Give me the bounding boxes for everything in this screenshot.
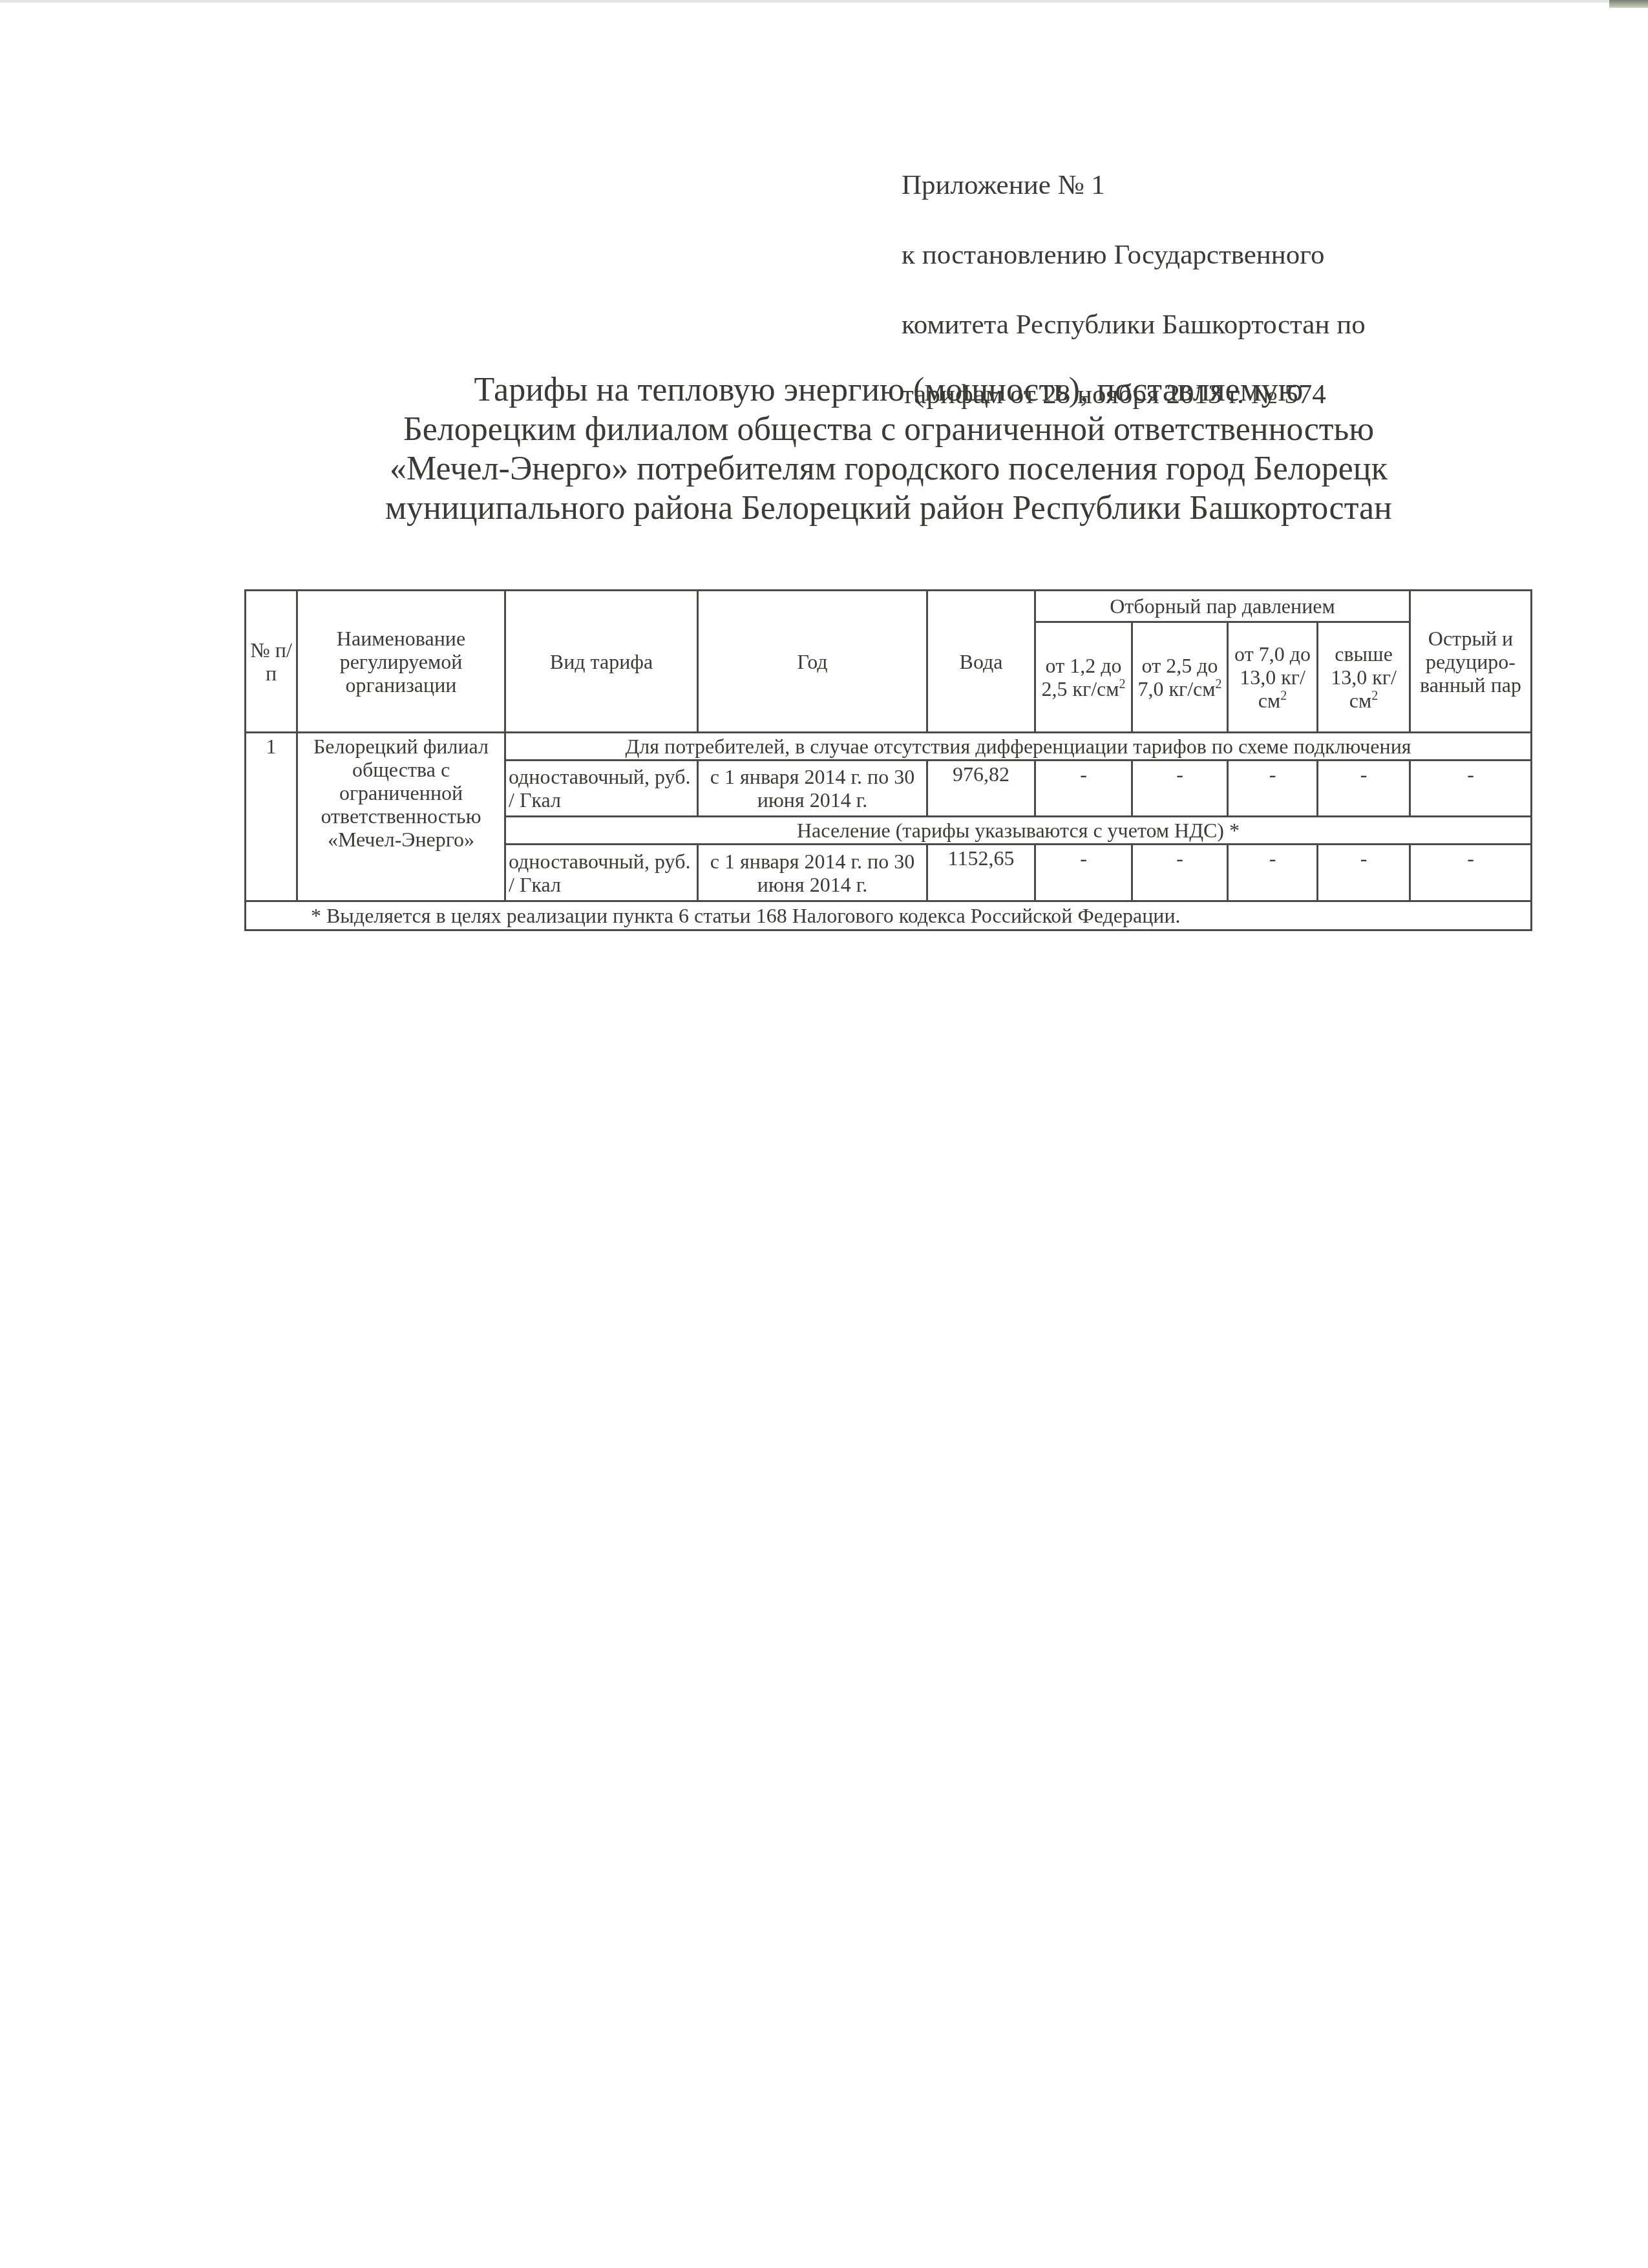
- water-value: 1152,65: [927, 845, 1035, 901]
- scan-edge-corner: [1609, 0, 1648, 8]
- appendix-line: Приложение № 1: [902, 168, 1366, 203]
- header-water: Вода: [927, 591, 1035, 733]
- title-line: муниципального района Белорецкий район Р…: [246, 492, 1532, 531]
- sharp-steam-value: -: [1410, 845, 1532, 901]
- header-steam-1: от 1,2 до 2,5 кг/см2: [1035, 622, 1132, 733]
- tariff-type: одноставочный, руб. / Гкал: [505, 845, 698, 901]
- steam-1-value: -: [1035, 845, 1132, 901]
- title-line: «Мечел-Энерго» потребителям городского п…: [246, 452, 1532, 492]
- water-value: 976,82: [927, 761, 1035, 817]
- header-tariff-type: Вид тарифа: [505, 591, 698, 733]
- period: с 1 января 2014 г. по 30 июня 2014 г.: [698, 761, 927, 817]
- appendix-line: комитета Республики Башкортостан по: [902, 308, 1366, 342]
- header-steam-group: Отборный пар давлением: [1035, 591, 1410, 622]
- row-org: Белорецкий филиал общества с ограниченно…: [297, 733, 505, 901]
- appendix-line: к постановлению Государственного: [902, 238, 1366, 273]
- steam-4-value: -: [1318, 761, 1410, 817]
- document-title: Тарифы на тепловую энергию (мощность), п…: [246, 373, 1532, 531]
- footnote: * Выделяется в целях реализации пункта 6…: [246, 901, 1532, 930]
- header-year: Год: [698, 591, 927, 733]
- header-steam-3: от 7,0 до 13,0 кг/см2: [1228, 622, 1318, 733]
- header-steam-4: свыше 13,0 кг/см2: [1318, 622, 1410, 733]
- header-sharp-steam: Острый и редуциро-ванный пар: [1410, 591, 1532, 733]
- table-row: 1 Белорецкий филиал общества с ограничен…: [246, 733, 1532, 761]
- steam-2-value: -: [1132, 761, 1228, 817]
- section-heading: Для потребителей, в случае отсутствия ди…: [505, 733, 1532, 761]
- sharp-steam-value: -: [1410, 761, 1532, 817]
- steam-2-value: -: [1132, 845, 1228, 901]
- title-line: Тарифы на тепловую энергию (мощность), п…: [246, 373, 1532, 413]
- header-steam-2: от 2,5 до 7,0 кг/см2: [1132, 622, 1228, 733]
- steam-4-value: -: [1318, 845, 1410, 901]
- tariffs-table: № п/п Наименование регулируемой организа…: [244, 589, 1532, 931]
- section-heading: Население (тарифы указываются с учетом Н…: [505, 817, 1532, 845]
- period: с 1 января 2014 г. по 30 июня 2014 г.: [698, 845, 927, 901]
- title-line: Белорецким филиалом общества с ограничен…: [246, 413, 1532, 452]
- header-num: № п/п: [246, 591, 297, 733]
- steam-3-value: -: [1228, 845, 1318, 901]
- steam-1-value: -: [1035, 761, 1132, 817]
- tariff-type: одноставочный, руб. / Гкал: [505, 761, 698, 817]
- row-num: 1: [246, 733, 297, 901]
- steam-3-value: -: [1228, 761, 1318, 817]
- scan-edge-top: [0, 0, 1616, 3]
- header-org: Наименование регулируемой организации: [297, 591, 505, 733]
- footnote-row: * Выделяется в целях реализации пункта 6…: [246, 901, 1532, 930]
